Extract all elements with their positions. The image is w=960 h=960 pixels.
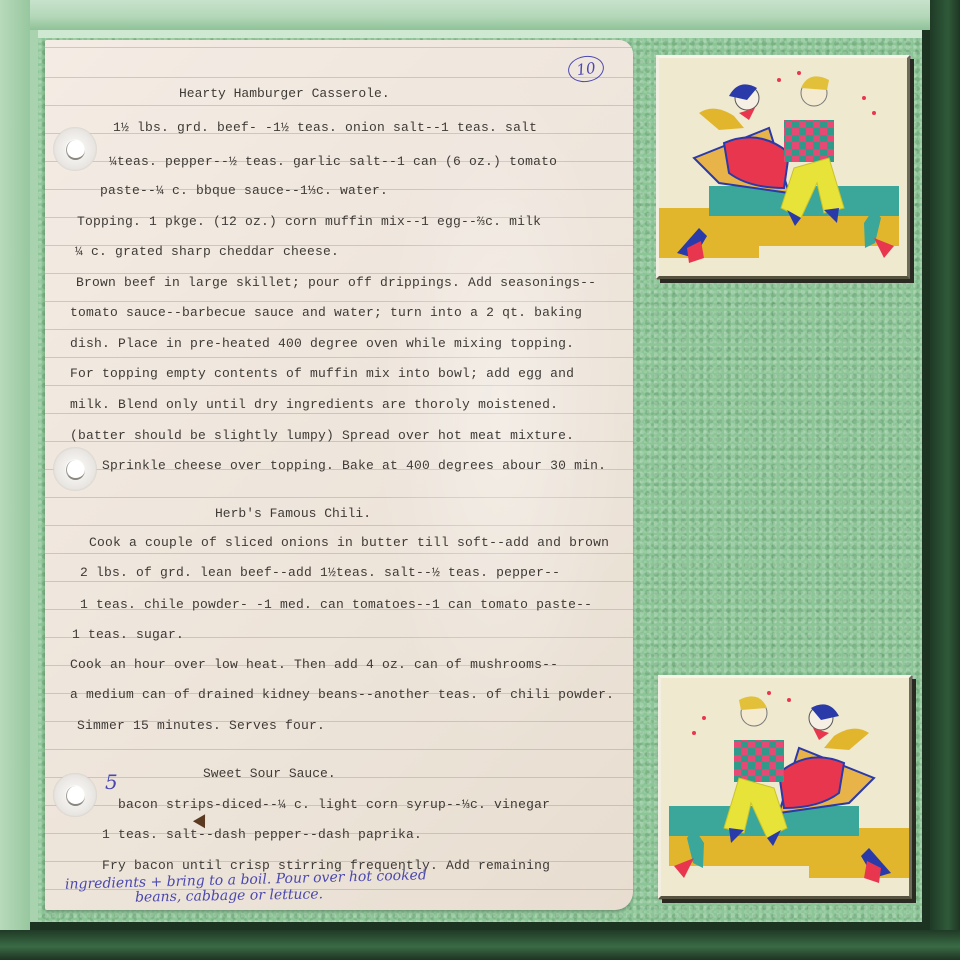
- recipe-line: 1½ lbs. grd. beef- -1½ teas. onion salt-…: [113, 120, 537, 135]
- recipe-line: 1 teas. chile powder- -1 med. can tomato…: [80, 597, 592, 612]
- recipe-title: Herb's Famous Chili.: [215, 506, 371, 521]
- frame-inner-bottom: [30, 922, 930, 930]
- handwritten-note: beans, cabbage or lettuce.: [135, 886, 323, 905]
- recipe-line: dish. Place in pre-heated 400 degree ove…: [70, 336, 574, 351]
- recipe-line: ¼ c. grated sharp cheddar cheese.: [75, 244, 339, 259]
- recipe-line: (batter should be slightly lumpy) Spread…: [70, 428, 574, 443]
- punch-hole-icon: [53, 773, 97, 817]
- recipe-line: a medium can of drained kidney beans--an…: [70, 687, 614, 702]
- recipe-line: Topping. 1 pkge. (12 oz.) corn muffin mi…: [77, 214, 541, 229]
- recipe-line: 2 lbs. of grd. lean beef--add 1½teas. sa…: [80, 565, 560, 580]
- recipe-line: Sprinkle cheese over topping. Bake at 40…: [102, 458, 606, 473]
- recipe-line: Simmer 15 minutes. Serves four.: [77, 718, 325, 733]
- recipe-line: Cook a couple of sliced onions in butter…: [89, 535, 609, 550]
- page-number: 10: [566, 54, 605, 85]
- recipe-title: Hearty Hamburger Casserole.: [179, 86, 390, 101]
- square-dance-illustration-top: [656, 55, 910, 279]
- recipe-line: Cook an hour over low heat. Then add 4 o…: [70, 657, 558, 672]
- frame-left-bevel: [0, 0, 30, 960]
- recipe-line: 1 teas. salt--dash pepper--dash paprika.: [102, 827, 422, 842]
- frame-inner-right: [922, 30, 930, 930]
- handwritten-quantity: 5: [105, 770, 118, 794]
- recipe-card: 10 Hearty Hamburger Casserole. 1½ lbs. g…: [45, 40, 633, 910]
- frame-inner-left: [30, 30, 38, 930]
- frame-right-bevel: [930, 0, 960, 960]
- punch-hole-icon: [53, 447, 97, 491]
- frame-top-bevel: [0, 0, 960, 30]
- recipe-line: tomato sauce--barbecue sauce and water; …: [70, 305, 582, 320]
- recipe-title: Sweet Sour Sauce.: [203, 766, 336, 781]
- recipe-line: For topping empty contents of muffin mix…: [70, 366, 574, 381]
- recipe-line: Brown beef in large skillet; pour off dr…: [76, 275, 596, 290]
- frame-inner-top: [30, 30, 930, 38]
- recipe-line: paste--¼ c. bbque sauce--1⅓c. water.: [100, 183, 388, 198]
- dancing-couple-icon: [661, 678, 909, 896]
- recipe-line: 1 teas. sugar.: [72, 627, 184, 642]
- square-dance-illustration-bottom: [658, 675, 912, 899]
- recipe-line: ¼teas. pepper--½ teas. garlic salt--1 ca…: [109, 154, 557, 169]
- recipe-line: milk. Blend only until dry ingredients a…: [70, 397, 558, 412]
- dancing-couple-icon: [659, 58, 907, 276]
- punch-hole-icon: [53, 127, 97, 171]
- recipe-line: bacon strips-diced--¼ c. light corn syru…: [118, 797, 550, 812]
- frame-bottom-bevel: [0, 930, 960, 960]
